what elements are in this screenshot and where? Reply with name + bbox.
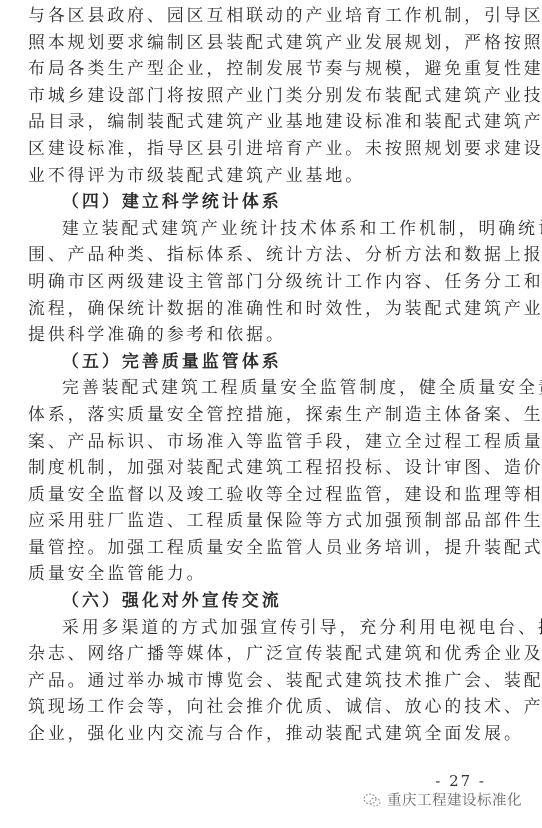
section-heading-4: （四）建立科学统计体系 — [28, 188, 516, 215]
body-line: 企业，强化业内交流与合作，推动装配式建筑全面发展。 — [28, 720, 516, 747]
body-line: 围、产品种类、指标体系、统计方法、分析方法和数据上报要求， — [28, 241, 516, 268]
body-line: 流程，确保统计数据的准确性和时效性，为装配式建筑产业培育 — [28, 295, 516, 322]
paragraph-first-line: 完善装配式建筑工程质量安全监管制度，健全质量安全责任 — [28, 374, 516, 401]
body-line: 布局各类生产型企业，控制发展节奏与规模，避免重复性建设。 — [28, 55, 516, 82]
wechat-icon — [363, 793, 381, 807]
document-page: 与各区县政府、园区互相联动的产业培育工作机制，引导区县按 照本规划要求编制区县装… — [28, 2, 516, 747]
body-line: 质量安全监督以及竣工验收等全过程监管，建设和监理等相关方 — [28, 481, 516, 508]
body-line: 明确市区两级建设主管部门分级统计工作内容、任务分工和工作 — [28, 268, 516, 295]
body-line: 杂志、网络广播等媒体，广泛宣传装配式建筑和优秀企业及技术 — [28, 640, 516, 667]
body-line: 提供科学准确的参考和依据。 — [28, 321, 516, 348]
body-line: 案、产品标识、市场准入等监管手段，建立全过程工程质量追溯 — [28, 428, 516, 455]
body-line: 筑现场工作会等，向社会推介优质、诚信、放心的技术、产品和 — [28, 693, 516, 720]
section-heading-6: （六）强化对外宣传交流 — [28, 587, 516, 614]
body-line: 业不得评为市级装配式建筑产业基地。 — [28, 162, 516, 189]
body-line: 应采用驻厂监造、工程质量保险等方式加强预制部品部件生产质 — [28, 507, 516, 534]
watermark-text: 重庆工程建设标准化 — [387, 789, 522, 810]
body-line: 照本规划要求编制区县装配式建筑产业发展规划，严格按照规划 — [28, 29, 516, 56]
page-number: - 27 - — [435, 772, 486, 790]
body-line: 市城乡建设部门将按照产业门类分别发布装配式建筑产业技术产 — [28, 82, 516, 109]
body-line: 与各区县政府、园区互相联动的产业培育工作机制，引导区县按 — [28, 2, 516, 29]
body-line: 体系，落实质量安全管控措施，探索生产制造主体备案、生产档 — [28, 401, 516, 428]
body-line: 质量安全监管能力。 — [28, 560, 516, 587]
body-line: 产品。通过举办城市博览会、装配式建筑技术推广会、装配式建 — [28, 667, 516, 694]
paragraph-first-line: 建立装配式建筑产业统计技术体系和工作机制，明确统计范 — [28, 215, 516, 242]
body-line: 区建设标准，指导区县引进培育产业。未按照规划要求建设的企 — [28, 135, 516, 162]
body-line: 量管控。加强工程质量安全监管人员业务培训，提升装配式建筑 — [28, 534, 516, 561]
section-heading-5: （五）完善质量监管体系 — [28, 348, 516, 375]
watermark: 重庆工程建设标准化 — [363, 789, 522, 810]
body-line: 制度机制，加强对装配式建筑工程招投标、设计审图、造价管理、 — [28, 454, 516, 481]
paragraph-first-line: 采用多渠道的方式加强宣传引导，充分利用电视电台、报刊 — [28, 614, 516, 641]
body-line: 品目录，编制装配式建筑产业基地建设标准和装配式建筑产业园 — [28, 108, 516, 135]
